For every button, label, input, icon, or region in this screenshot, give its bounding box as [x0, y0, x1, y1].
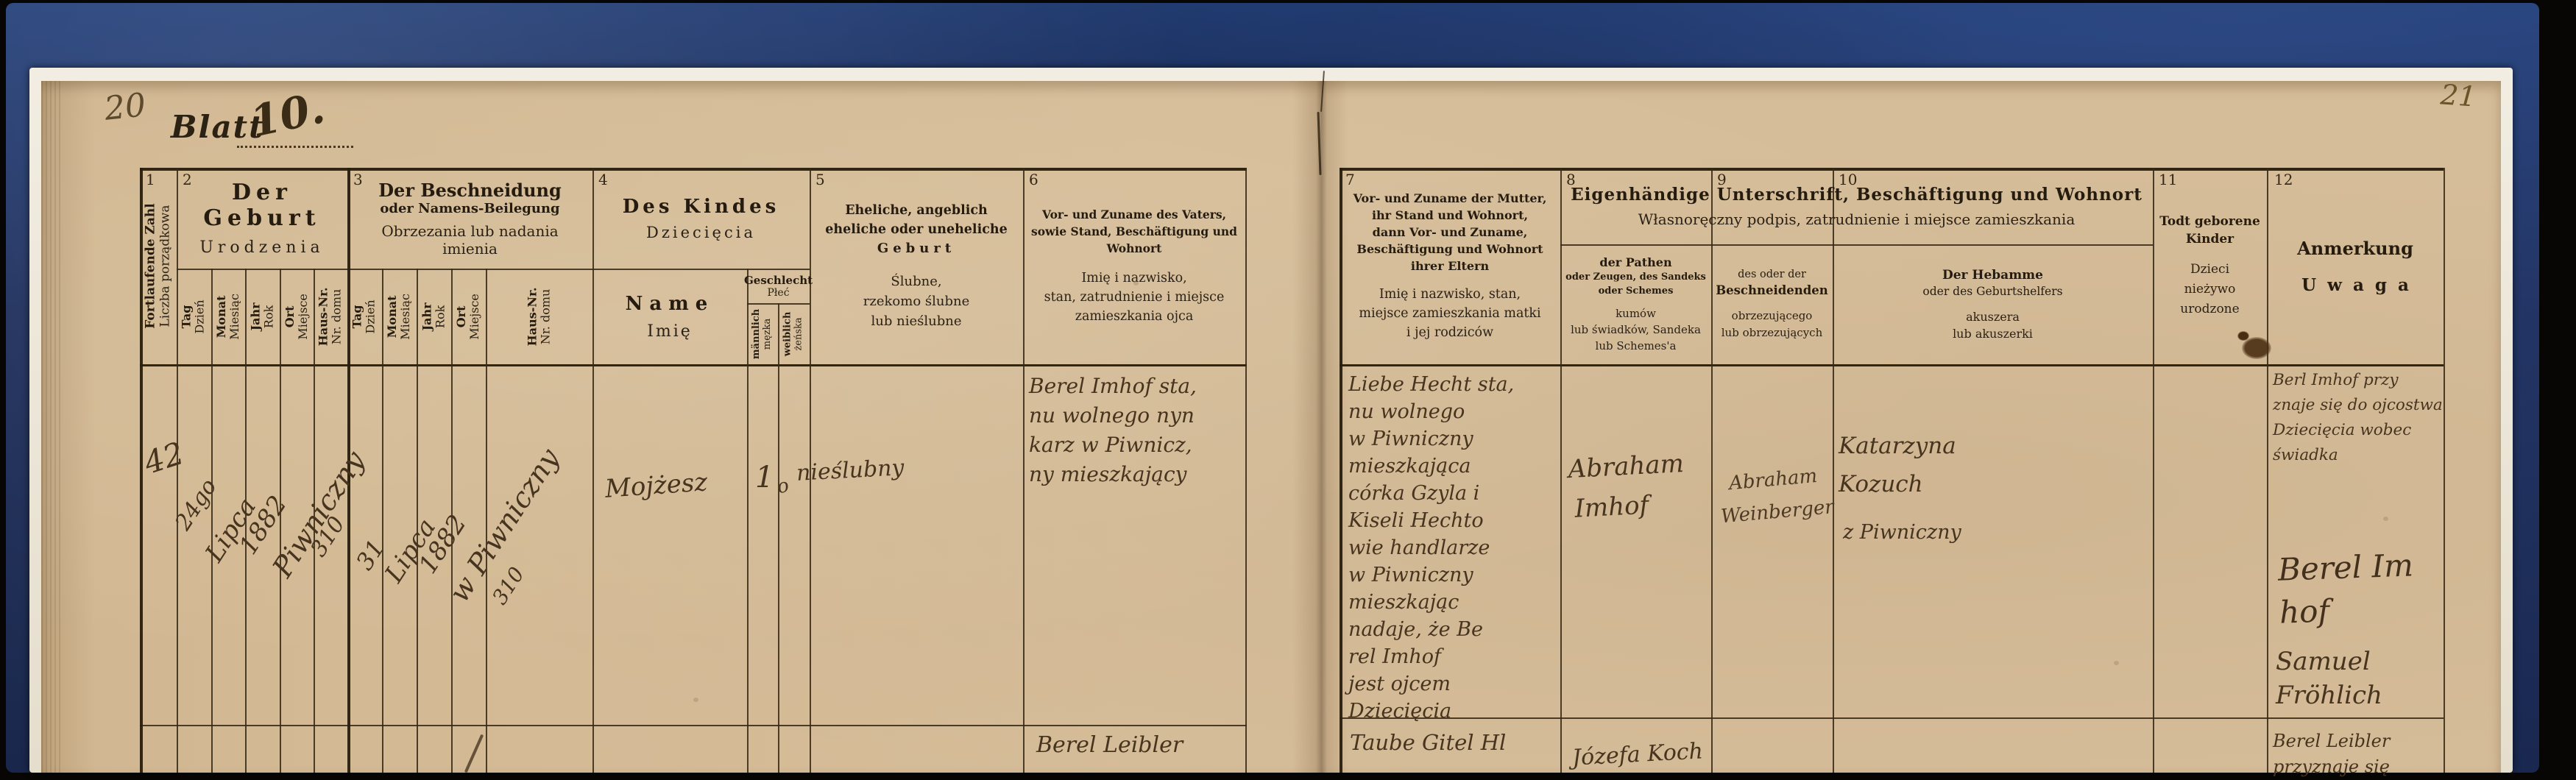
subheader-birth-day: Tag Dzień [177, 269, 211, 364]
paper-speck [693, 698, 698, 702]
sub-place-polish: Miejsce [469, 294, 482, 340]
header-name-polish: Imię [647, 322, 693, 341]
header-sex-female: weiblich żeńska [778, 303, 810, 364]
header-col9-german2: Beschneidenden [1716, 283, 1828, 299]
header-col12-german: Anmerkung [2297, 238, 2413, 259]
header-col9-german1: des oder der [1738, 267, 1806, 283]
sub-house-polish: Nr. domu [330, 287, 344, 346]
sub-month-german: Monat [386, 294, 399, 340]
header-col7-german5: ihrer Eltern [1411, 258, 1489, 274]
remark-witness-signature: Samuel Fröhlich [2276, 645, 2434, 712]
sub-month-german: Monat [215, 294, 228, 340]
handwritten-line: Dziecięcia wobec [2273, 418, 2445, 443]
header-col11-german1: Todt geborene [2159, 213, 2260, 230]
handwritten-line: ny mieszkający [1029, 460, 1244, 489]
ink-blot [2237, 331, 2249, 341]
header-col10-german1: Der Hebamme [1942, 267, 2043, 284]
witness-signature: Abraham Imhof [1567, 442, 1714, 529]
handwritten-line: wie handlarze [1348, 534, 1559, 561]
header-col11-polish3: urodzone [2180, 299, 2239, 319]
table-border [2444, 168, 2445, 773]
paper-speck [2383, 517, 2388, 521]
header-col7-german4: Beschäftigung und Wohnort [1356, 241, 1543, 258]
sub-year-german: Jahr [249, 302, 262, 330]
header-col7-german1: Vor- und Zuname der Mutter, [1354, 190, 1547, 207]
handwritten-line: Berl Imhof przy [2273, 368, 2445, 393]
header-col10-german2: oder des Geburtshelfers [1922, 284, 2062, 299]
header-col9-polish1: obrzezującego [1732, 308, 1813, 325]
handwritten-line: nu wolnego nyn [1029, 401, 1244, 430]
sub-place-german: Ort [283, 294, 297, 340]
handwritten-line: znaje się do ojcostwa [2273, 393, 2445, 418]
handwritten-line: przyznaje się [2273, 754, 2442, 773]
header-col8-polish2: lub świadków, Sandeka [1571, 322, 1701, 338]
ink-blot [2242, 337, 2271, 359]
header-col4-german: Des Kindes [623, 196, 780, 218]
header-col4-name: Name Imię [592, 269, 747, 364]
header-col5-german3: Geburt [877, 239, 955, 258]
handwritten-line: świadka [2273, 443, 2445, 468]
header-col6-polish3: zamieszkania ojca [1075, 307, 1194, 326]
handwritten-line: w Piwniczny [1348, 425, 1559, 453]
header-col11-stillborn: Todt geborene Kinder Dzieci nieżywo urod… [2153, 168, 2267, 364]
sub-house-german: Haus-Nr. [317, 287, 330, 346]
sub-day-german: Tag [180, 299, 194, 333]
header-col2-polish: Urodzenia [199, 238, 324, 257]
row-separator [140, 725, 1247, 726]
header-col10-polish2: lub akuszerki [1953, 325, 2033, 342]
sub-day-polish: Dzień [194, 299, 208, 333]
subheader-circ-year: Jahr Rok [417, 269, 451, 364]
page-edge-ridges [41, 81, 62, 773]
handwritten-line: Dziecięcia [1348, 698, 1559, 725]
subheader-birth-house: Haus-Nr. Nr. domu [314, 269, 347, 364]
header-col11-polish1: Dzieci [2190, 260, 2229, 280]
female-polish: żeńska [794, 311, 805, 356]
male-german: männlich [751, 308, 762, 358]
female-german: weiblich [783, 311, 794, 356]
subheader-birth-month: Monat Miesiąc [211, 269, 245, 364]
header-col7-polish2: miejsce zamieszkania matki [1359, 304, 1540, 323]
header-sex-polish: Płeć [767, 287, 789, 299]
handwritten-line: Berel Leibler [2273, 728, 2442, 754]
subheader-circ-day: Tag Dzień [347, 269, 382, 364]
handwritten-line: Kiseli Hechto [1348, 507, 1559, 534]
header-col6-father: Vor- und Zuname des Vaters, sowie Stand,… [1023, 168, 1245, 364]
handwritten-line: rel Imhof [1348, 643, 1559, 670]
header-col8-polish1: kumów [1616, 305, 1656, 322]
handwritten-line: Fröhlich [2276, 678, 2434, 712]
left-folio-number: 20 [102, 86, 147, 128]
handwritten-line: hof [2279, 586, 2438, 634]
header-col4-polish: Dziecięcia [646, 224, 756, 241]
header-col5-polish2: rzekomo ślubne [863, 291, 969, 311]
header-col7-german2: ihr Stand und Wohnort, [1372, 207, 1528, 224]
subheader-circ-place: Ort Miejsce [451, 269, 486, 364]
handwritten-line: Kozuch [1839, 465, 2000, 503]
handwritten-line: mieszkając [1348, 589, 1559, 616]
midwife-signature: Katarzyna Kozuch z Piwniczny [1839, 427, 2000, 552]
table-border [1245, 168, 1247, 773]
subheader-birth-year: Jahr Rok [245, 269, 280, 364]
header-bottom-rule [140, 364, 1247, 366]
header-col3-german1: Der Beschneidung [378, 180, 562, 201]
header-sex-german: Geschlecht [744, 274, 813, 287]
subheader-circ-month: Monat Miesiąc [382, 269, 417, 364]
header-col8-godparents: der Pathen oder Zeugen, des Sandeks oder… [1560, 244, 1711, 364]
handwritten-line: Samuel [2276, 645, 2434, 678]
mother-entry: Liebe Hecht sta, nu wolnego w Piwniczny … [1348, 371, 1559, 725]
header-col7-mother: Vor- und Zuname der Mutter, ihr Stand un… [1340, 168, 1560, 364]
father-entry: Berel Imhof sta, nu wolnego nyn karz w P… [1029, 372, 1244, 489]
header-col9-polish2: lub obrzezujących [1722, 325, 1823, 341]
header-col11-polish2: nieżywo [2184, 280, 2236, 299]
handwritten-line: karz w Piwnicz, [1029, 430, 1244, 460]
sub-year-polish: Rok [263, 302, 276, 330]
header-col8-german1: der Pathen [1599, 255, 1671, 270]
sub-place-polish: Miejsce [297, 294, 310, 340]
handwritten-line: w Piwniczny [1348, 561, 1559, 589]
header-col8-german3: oder Schemes [1599, 284, 1674, 298]
header-bottom-rule [1340, 364, 2444, 366]
sub-year-polish: Rok [434, 302, 447, 330]
header-col10-polish1: akuszera [1966, 308, 2020, 325]
sub-day-german: Tag [351, 299, 364, 333]
male-tally-mark: 1 [755, 461, 774, 494]
header-col7-polish3: i jej rodziców [1406, 323, 1493, 342]
row2-remark-entry: Berel Leibler przyznaje się [2273, 728, 2442, 773]
header-col4-child: Des Kindes Dziecięcia [592, 168, 810, 269]
header-col6-german1: Vor- und Zuname des Vaters, [1042, 206, 1226, 223]
header-col6-german2: sowie Stand, Beschäftigung und [1031, 223, 1237, 240]
header-col5-legitimacy: Eheliche, angeblich eheliche oder unehel… [810, 168, 1023, 364]
handwritten-line: Imhof [1569, 482, 1715, 529]
handwritten-line: Berel Im [2277, 543, 2437, 591]
sub-house-polish: Nr. domu [539, 287, 552, 346]
header-col6-polish2: stan, zatrudnienie i miejsce [1044, 288, 1225, 307]
header-col3-german2: oder Namens-Beilegung [380, 201, 559, 216]
header-col5-polish3: lub nieślubne [871, 311, 962, 331]
handwritten-line: jest ojcem [1348, 670, 1559, 698]
column-line [778, 303, 779, 773]
male-polish: męzka [762, 308, 774, 358]
header-col5-german2: eheliche oder uneheliche [825, 220, 1008, 239]
header-col1-polish: Liczba porządkowa [158, 203, 173, 328]
row2-father-entry: Berel Leibler [1036, 732, 1183, 758]
header-col7-german3: dann Vor- und Zuname, [1373, 224, 1528, 241]
right-folio-number: 21 [2440, 78, 2477, 113]
header-col8-german2: oder Zeugen, des Sandeks [1565, 270, 1706, 284]
header-col12-remarks: Anmerkung Uwaga [2267, 168, 2444, 364]
header-col2-german: Der Geburt [177, 180, 347, 231]
sub-month-polish: Miesiąc [228, 294, 241, 340]
handwritten-line: Berel Imhof sta, [1029, 372, 1244, 401]
header-col3-circumcision: Der Beschneidung oder Namens-Beilegung O… [347, 168, 592, 269]
remark-entry: Berl Imhof przy znaje się do ojcostwa Dz… [2273, 368, 2445, 468]
banner-polish: Własnoręczny podpis, zatrudnienie i miej… [1638, 210, 2076, 228]
header-col8-polish3: lub Schemes'a [1596, 338, 1677, 354]
banner-german: Eigenhändige Unterschrift, Beschäftigung… [1571, 185, 2142, 205]
header-col9-circumciser: des oder der Beschneidenden obrzezująceg… [1711, 244, 1833, 364]
header-col1-german: Fortlaufende Zahl [144, 203, 158, 328]
remark-father-signature: Berel Im hof [2277, 543, 2438, 634]
header-col11-german2: Kinder [2186, 230, 2234, 248]
header-col1-serial: Fortlaufende Zahl Liczba porządkowa [140, 168, 177, 364]
circumciser-signature: Abraham Weinberger [1716, 459, 1832, 533]
handwritten-line: nu wolnego [1348, 398, 1559, 425]
header-col4-sex: Geschlecht Płeć [747, 269, 810, 303]
paper-speck [2114, 661, 2119, 665]
subheader-circ-house: Haus-Nr. Nr. domu [486, 269, 592, 364]
header-col3-polish1: Obrzezania lub nadania [381, 222, 558, 240]
header-col5-polish1: Ślubne, [891, 272, 941, 291]
sub-house-german: Haus-Nr. [526, 287, 539, 346]
handwritten-line: nadaje, że Be [1348, 616, 1559, 643]
sub-month-polish: Miesiąc [400, 294, 413, 340]
header-col7-polish1: Imię i nazwisko, stan, [1379, 285, 1521, 304]
sub-year-german: Jahr [420, 302, 434, 330]
sub-place-german: Ort [455, 294, 468, 340]
header-col3-polish2: imienia [442, 240, 498, 258]
header-col12-polish: Uwaga [2290, 275, 2420, 295]
handwritten-line: mieszkająca [1348, 453, 1559, 480]
handwritten-line: z Piwniczny [1839, 514, 2000, 552]
header-col5-german1: Eheliche, angeblich [845, 201, 988, 220]
header-col6-german3: Wohnort [1107, 240, 1162, 257]
subheader-birth-place: Ort Miejsce [280, 269, 314, 364]
header-signature-banner: Eigenhändige Unterschrift, Beschäftigung… [1560, 168, 2153, 244]
handwritten-line: córka Gzyla i [1348, 480, 1559, 507]
header-col10-midwife: Der Hebamme oder des Geburtshelfers akus… [1833, 244, 2153, 364]
row2-mother-entry: Taube Gitel Hl [1350, 730, 1506, 755]
handwritten-line: Katarzyna [1839, 427, 2000, 465]
header-col2-birth: Der Geburt Urodzenia [177, 168, 347, 269]
handwritten-line: Liebe Hecht sta, [1348, 371, 1559, 398]
header-sex-male: männlich męzka [747, 303, 778, 364]
paper-speck [1133, 281, 1139, 286]
sub-day-polish: Dzień [365, 299, 378, 333]
header-name-german: Name [626, 293, 715, 315]
